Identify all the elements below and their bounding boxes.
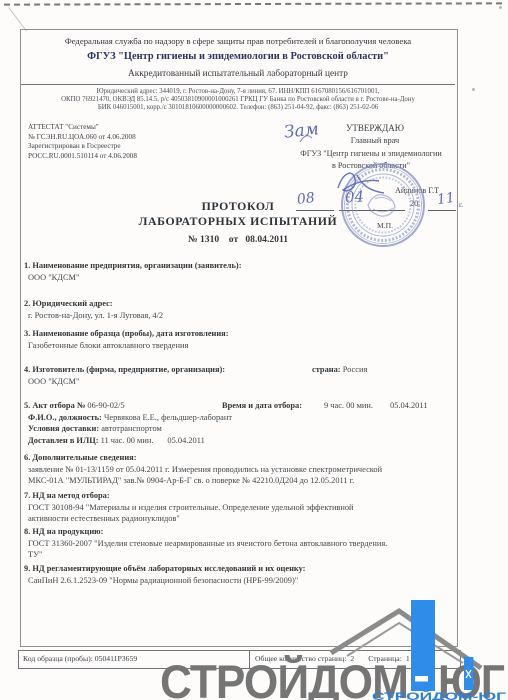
delivery-value: автотранспортом bbox=[101, 424, 162, 433]
section-line: ГОСТ 30108-94 "Материалы и изделия строи… bbox=[24, 502, 454, 514]
header-divider bbox=[21, 84, 455, 85]
footer-table: Код образца (пробы): 050411Р3659 Общее к… bbox=[18, 650, 461, 669]
legal-address-line2: ОКПО 76921470, ОКВЭД 85.14.5, р/с 405038… bbox=[20, 96, 456, 103]
page-count-cell: Общее количество страниц:2Страница:1 bbox=[255, 654, 410, 663]
act-number: 06-90-02/5 bbox=[87, 401, 124, 410]
section-line: заявление № 01-13/1159 от 05.04.2011 г. … bbox=[24, 464, 454, 476]
sample-code: Код образца (пробы): 050411Р3659 bbox=[23, 654, 137, 663]
section-sampling-act: 5. Акт отбора № 06-90-02/5 Время и дата … bbox=[24, 400, 454, 447]
section-line: активности естественных радионуклидов" bbox=[24, 513, 454, 525]
attestat-line4: РОСС.RU.0001.510114 от 4.06.2008 bbox=[28, 152, 137, 162]
sampling-time-label: Время и дата отбора: bbox=[222, 400, 302, 412]
attestat-line1: АТТЕСТАТ "Системы" bbox=[28, 123, 137, 133]
attestat-line2: № ГСЭН.RU.ЦОА.060 от 4.06.2008 bbox=[28, 133, 137, 143]
date-year-suffix: г. bbox=[459, 200, 463, 209]
section-label: 7. НД на метод отбора: bbox=[24, 490, 454, 502]
scan-speck bbox=[472, 88, 475, 91]
section-legal-address: 2. Юридический адрес: г. Ростов-на-Дону,… bbox=[24, 298, 454, 321]
approve-heading: УТВЕРЖДАЮ bbox=[300, 123, 450, 133]
watermark-text-small: СТРОЙДОМ-ЮГ bbox=[372, 690, 507, 700]
pages-value: 2 bbox=[350, 654, 354, 663]
agency-name: Федеральная служба по надзору в сфере за… bbox=[20, 36, 456, 46]
scanned-protocol-page: Федеральная служба по надзору в сфере за… bbox=[0, 0, 508, 700]
section-label: 3. Наименование образца (пробы), дата из… bbox=[24, 328, 454, 340]
legal-address-line1: Юридический адрес: 344019, г. Ростов-на-… bbox=[20, 88, 456, 95]
sampling-time-value: 9 час. 00 мин. bbox=[324, 400, 373, 412]
page-value: 1 bbox=[406, 654, 410, 663]
delivery-label: Условия доставки: bbox=[28, 424, 99, 433]
handwritten-note: Зам bbox=[283, 119, 320, 143]
mini-chimney-mark bbox=[466, 670, 471, 678]
lab-center-name: Аккредитованный испытательный лабораторн… bbox=[20, 69, 456, 79]
section-nd-scope: 9. НД регламентирующие объём лабораторны… bbox=[24, 563, 454, 586]
legal-address-line3: БИК 046015001, корр./с 30101810600000000… bbox=[20, 104, 456, 111]
protocol-title-line2: ЛАБОРАТОРНЫХ ИСПЫТАНИЙ bbox=[20, 214, 456, 229]
sampling-date-value: 05.04.2011 bbox=[390, 400, 427, 412]
protocol-number-date: № 1310 от 08.04.2011 bbox=[20, 234, 456, 245]
act-label: 5. Акт отбора № bbox=[24, 401, 85, 410]
section-label: 6. Дополнительные сведения: bbox=[24, 452, 454, 464]
section-value: ООО "КДСМ" bbox=[24, 376, 454, 388]
section-line: МКС-01А "МУЛЬТИРАД" зав.№ 0904-Ар-Б-Г св… bbox=[24, 475, 454, 487]
section-value: ООО "КДСМ" bbox=[24, 272, 454, 284]
fio-label: Ф.И.О., должность: bbox=[28, 413, 102, 422]
section-value: Газобетонные блоки автоклавного твердени… bbox=[24, 340, 454, 352]
scan-edge-line bbox=[4, 2, 502, 5]
section-label: 9. НД регламентирующие объём лабораторны… bbox=[24, 563, 454, 575]
section-line: СанПиН 2.6.1.2523-09 "Нормы радиационной… bbox=[24, 575, 454, 587]
section-nd-product: 8. НД на продукцию: ГОСТ 31360-2007 "Изд… bbox=[24, 526, 454, 561]
section-line: ТУ" bbox=[24, 549, 454, 561]
section-nd-method: 7. НД на метод отбора: ГОСТ 30108-94 "Ма… bbox=[24, 490, 454, 525]
attestat-line3: Зарегистрирован в Госреестре bbox=[28, 142, 137, 152]
organization-name: ФГУЗ "Центр гигиены и эпидемиологии в Ро… bbox=[20, 51, 456, 62]
section-label: 8. НД на продукцию: bbox=[24, 526, 454, 538]
section-label: 4. Изготовитель (фирма, предприятие, орг… bbox=[24, 365, 225, 374]
ilc-label: Доставлен в ИЛЦ: bbox=[28, 436, 99, 445]
pages-label: Общее количество страниц: bbox=[255, 654, 346, 663]
ilc-time: 11 час. 00 мин. bbox=[101, 436, 154, 445]
footer-cell-divider bbox=[249, 651, 250, 668]
approver-role: Главный врач bbox=[300, 136, 450, 145]
section-applicant: 1. Наименование предприятия, организации… bbox=[24, 260, 454, 283]
watermark-hyphen bbox=[415, 676, 428, 682]
section-line: ГОСТ 31360-2007 "Изделия стеновые неарми… bbox=[24, 538, 454, 550]
section-manufacturer: 4. Изготовитель (фирма, предприятие, орг… bbox=[24, 364, 454, 387]
section-value: г. Ростов-на-Дону, ул. 1-я Луговая, 4/2 bbox=[24, 310, 454, 322]
protocol-title-line1: ПРОТОКОЛ bbox=[20, 199, 456, 214]
page-corner-fold bbox=[8, 7, 27, 32]
country-field: страна: Россия bbox=[312, 364, 367, 376]
mini-chimney-icon bbox=[464, 657, 474, 690]
fio-value: Червякова Е.Е., фельдшер-лаборант bbox=[104, 413, 232, 422]
section-sample-name: 3. Наименование образца (пробы), дата из… bbox=[24, 328, 454, 351]
section-additional-info: 6. Дополнительные сведения: заявление № … bbox=[24, 452, 454, 487]
ilc-date: 05.04.2011 bbox=[167, 436, 204, 445]
section-label: 2. Юридический адрес: bbox=[24, 298, 454, 310]
attestat-block: АТТЕСТАТ "Системы" № ГСЭН.RU.ЦОА.060 от … bbox=[28, 123, 137, 161]
scan-speck bbox=[499, 6, 502, 9]
page-label: Страница: bbox=[368, 654, 402, 663]
section-label: 1. Наименование предприятия, организации… bbox=[24, 260, 454, 272]
